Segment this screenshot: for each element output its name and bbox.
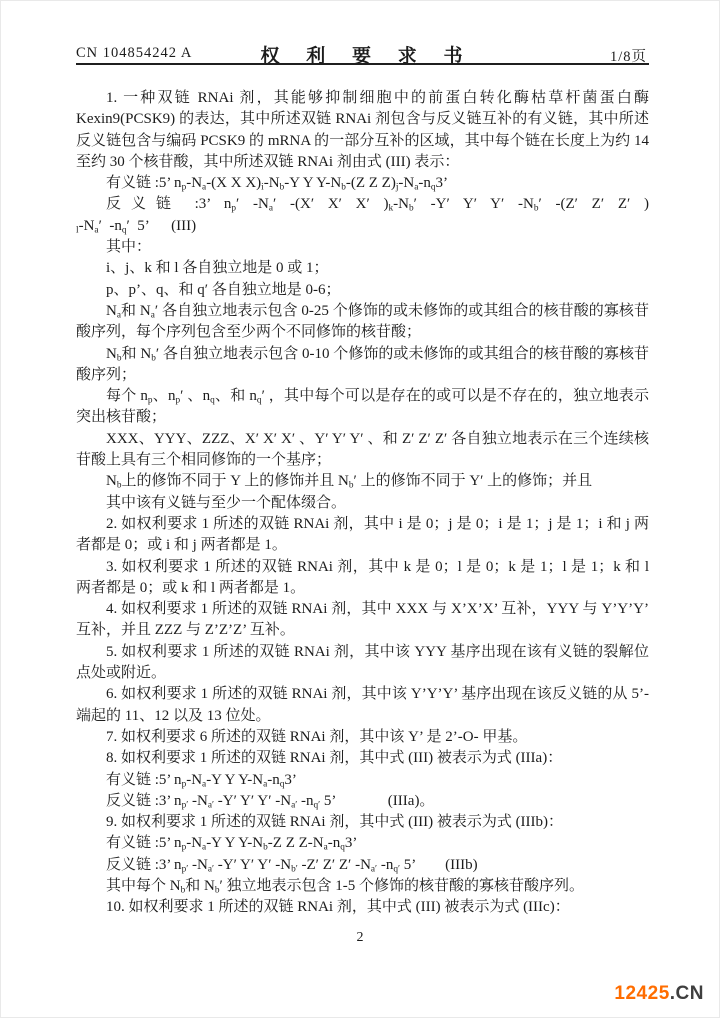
watermark-suffix: .CN: [670, 983, 704, 1004]
claim-6-text: 6. 如权利要求 1 所述的双链 RNAi 剂，其中该 Y’Y’Y’ 基序出现在…: [76, 684, 649, 727]
claim-1-def-na: Na和 Na′ 各自独立地表示包含 0-25 个修饰的或未修饰的或其组合的核苷酸…: [76, 301, 649, 344]
claim-1-wherein-label: 其中：: [76, 237, 649, 258]
claim-1-antisense-strand-formula-continuation: l-Na′ -nq′ 5’ (III): [76, 216, 649, 237]
claim-9-antisense-strand-formula: 反义链 :3’ np′ -Na′ -Y′ Y′ Y′ -Nb′ -Z′ Z′ Z…: [76, 855, 649, 876]
claim-8-text: 8. 如权利要求 1 所述的双链 RNAi 剂，其中式 (III) 被表示为式 …: [76, 748, 649, 769]
claim-8-antisense-strand-formula: 反义链 :3’ np′ -Na′ -Y′ Y′ Y′ -Na′ -nq′ 5’ …: [76, 791, 649, 812]
claim-1-def-pq: p、p’、q、和 q′ 各自独立地是 0-6；: [76, 280, 649, 301]
claim-1-def-modification: Nb上的修饰不同于 Y 上的修饰并且 Nb′ 上的修饰不同于 Y′ 上的修饰；并…: [76, 471, 649, 492]
patent-claims-page: CN 104854242 A 权 利 要 求 书 1/8页 1. 一种双链 RN…: [0, 0, 720, 1018]
claim-1-def-ijkl: i、j、k 和 l 各自独立地是 0 或 1；: [76, 258, 649, 279]
claim-1-sense-strand-formula: 有义链 :5’ np-Na-(X X X)i-Nb-Y Y Y-Nb-(Z Z …: [76, 173, 649, 194]
claim-8-sense-strand-formula: 有义链 :5’ np-Na-Y Y Y-Na-nq3’: [76, 770, 649, 791]
page-header: CN 104854242 A 权 利 要 求 书 1/8页: [76, 41, 647, 65]
claim-1-text: 1. 一种双链 RNAi 剂，其能够抑制细胞中的前蛋白转化酶枯草杆菌蛋白酶 Ke…: [76, 88, 649, 173]
claim-9-text: 9. 如权利要求 1 所述的双链 RNAi 剂，其中式 (III) 被表示为式 …: [76, 812, 649, 833]
claim-7-text: 7. 如权利要求 6 所述的双链 RNAi 剂，其中该 Y’ 是 2’-O- 甲…: [76, 727, 649, 748]
claim-2-text: 2. 如权利要求 1 所述的双链 RNAi 剂，其中 i 是 0；j 是 0；i…: [76, 514, 649, 557]
watermark-number: 12425: [614, 983, 669, 1004]
claim-1-ligand-clause: 其中该有义链与至少一个配体缀合。: [76, 493, 649, 514]
header-divider: [76, 63, 649, 65]
claim-1-def-np-nq: 每个 np、np′ 、nq、和 nq′ ，其中每个可以是存在的或可以是不存在的，…: [76, 386, 649, 429]
footer-page-number: 2: [1, 930, 719, 946]
claim-9-nb-clause: 其中每个 Nb和 Nb′ 独立地表示包含 1-5 个修饰的核苷酸的寡核苷酸序列。: [76, 876, 649, 897]
claim-4-text: 4. 如权利要求 1 所述的双链 RNAi 剂，其中 XXX 与 X’X’X’ …: [76, 599, 649, 642]
claim-5-text: 5. 如权利要求 1 所述的双链 RNAi 剂，其中该 YYY 基序出现在该有义…: [76, 642, 649, 685]
claims-body: 1. 一种双链 RNAi 剂，其能够抑制细胞中的前蛋白转化酶枯草杆菌蛋白酶 Ke…: [76, 88, 649, 919]
claim-10-text: 10. 如权利要求 1 所述的双链 RNAi 剂，其中式 (III) 被表示为式…: [76, 897, 649, 918]
claim-1-antisense-strand-formula: 反义链 :3’ np′ -Na′ -(X′ X′ X′ )k-Nb′ -Y′ Y…: [76, 194, 649, 215]
watermark: 12425.CN: [614, 983, 704, 1005]
claim-9-sense-strand-formula: 有义链 :5’ np-Na-Y Y Y-Nb-Z Z Z-Na-nq3’: [76, 833, 649, 854]
claim-1-def-nb: Nb和 Nb′ 各自独立地表示包含 0-10 个修饰的或未修饰的或其组合的核苷酸…: [76, 344, 649, 387]
claim-1-def-motifs: XXX、YYY、ZZZ、X′ X′ X′ 、Y′ Y′ Y′ 、和 Z′ Z′ …: [76, 429, 649, 472]
claim-3-text: 3. 如权利要求 1 所述的双链 RNAi 剂，其中 k 是 0；l 是 0；k…: [76, 557, 649, 600]
